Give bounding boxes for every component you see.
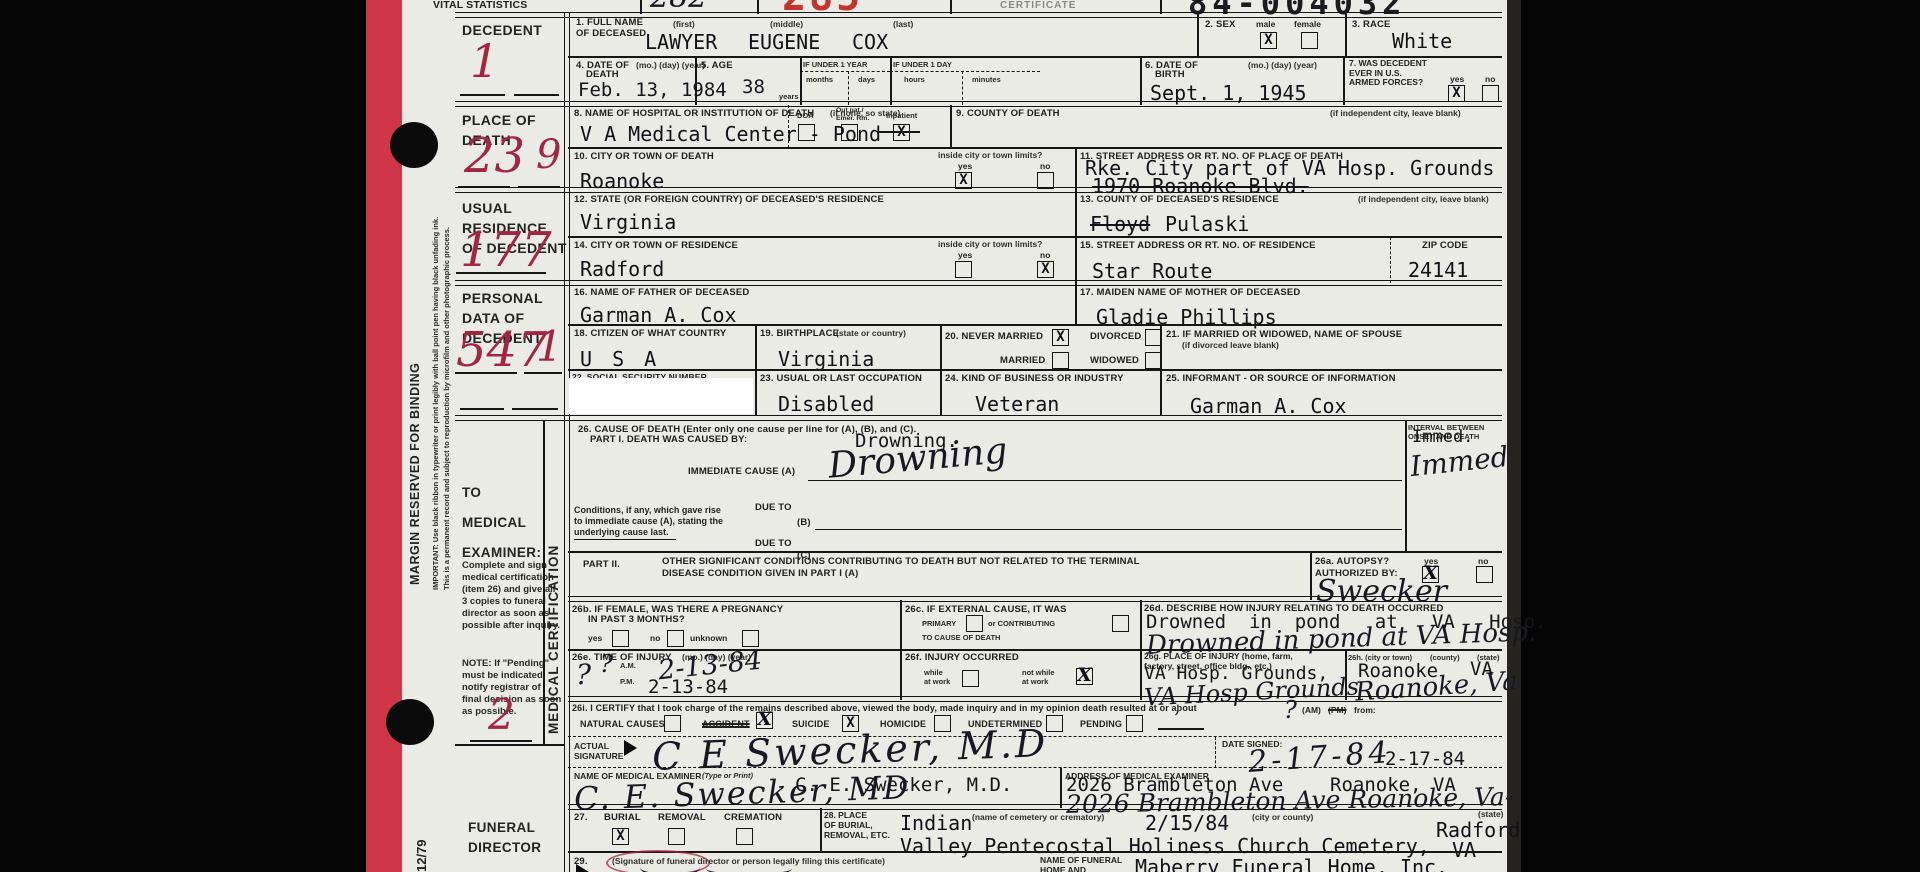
- divider: [890, 57, 892, 105]
- divider: [568, 767, 1502, 768]
- line-b-label: (B): [797, 517, 811, 528]
- divider: [455, 187, 1502, 193]
- first-name-value: LAWYER: [645, 30, 717, 54]
- divider: [470, 740, 532, 742]
- business-value: Veteran: [975, 392, 1059, 416]
- part-2-label: PART II.: [583, 559, 620, 570]
- checkbox-removal: [668, 828, 685, 845]
- field-6-label2: BIRTH: [1155, 69, 1185, 80]
- under-1-day-label: IF UNDER 1 DAY: [893, 60, 952, 69]
- divider: [820, 808, 822, 852]
- field-13-label: 13. COUNTY OF DECEASED'S RESIDENCE: [1080, 194, 1279, 205]
- divider: [1345, 650, 1347, 700]
- last-name-value: COX: [852, 30, 888, 54]
- injury-date-typed: 2-13-84: [648, 676, 728, 698]
- field-2-label: 2. SEX: [1205, 19, 1235, 30]
- divider: [524, 372, 562, 374]
- divider: [456, 272, 546, 274]
- months-label: months: [806, 75, 833, 84]
- redaction-box: [569, 378, 753, 414]
- checkbox-pending: [1126, 715, 1143, 732]
- checkbox-pregnancy-no: [667, 630, 684, 647]
- contributing-label: or CONTRIBUTING: [988, 619, 1055, 628]
- due-to-1-label: DUE TO: [755, 502, 792, 513]
- zip-label: ZIP CODE: [1422, 240, 1468, 251]
- divider: [1215, 737, 1216, 768]
- divider: [568, 804, 1502, 810]
- field-5-label: 5. AGE: [701, 60, 733, 71]
- widowed-label: WIDOWED: [1090, 355, 1139, 366]
- certify-from-label: from:: [1354, 705, 1376, 715]
- divider: [568, 324, 1502, 326]
- red-code-place-1: 23: [464, 128, 525, 184]
- not-while-at-work-label: not while at work: [1022, 668, 1055, 686]
- city-county-hint: (city or county): [1252, 812, 1313, 822]
- divider: [890, 71, 1040, 72]
- divider: [512, 408, 558, 410]
- manner-handwritten-mark: ’: [1174, 708, 1180, 729]
- field-26c-label: 26c. IF EXTERNAL CAUSE, IT WAS: [905, 604, 1067, 615]
- am-label: A.M.: [620, 661, 636, 670]
- cause-line-b: [815, 529, 1402, 530]
- checkbox-doa: [798, 124, 815, 141]
- funeral-director-signature-partial: [640, 858, 700, 872]
- checkbox-undetermined: [1046, 715, 1063, 732]
- funeral-director-signature-partial: [706, 860, 792, 872]
- checkbox-burial: X: [612, 828, 629, 845]
- doa-label: DOA: [797, 111, 814, 120]
- sex-male-label: male: [1256, 19, 1275, 29]
- while-at-work-label: while at work: [924, 668, 950, 686]
- checkbox-armed-forces-no: [1482, 85, 1499, 102]
- divider: [455, 280, 1502, 286]
- time-of-injury-question-2: ?: [600, 650, 613, 678]
- section-funeral-director: FUNERAL DIRECTOR: [468, 818, 541, 858]
- field-25-label: 25. INFORMANT - OR SOURCE OF INFORMATION: [1166, 373, 1396, 384]
- field-8-label: 8. NAME OF HOSPITAL OR INSTITUTION OF DE…: [574, 108, 814, 119]
- red-code-personal-2: 1: [536, 322, 563, 371]
- section-to-medical-examiner: TO MEDICAL EXAMINER:: [462, 478, 541, 568]
- burial-label: BURIAL: [604, 812, 641, 823]
- middle-name-value: EUGENE: [748, 30, 820, 54]
- field-17-label: 17. MAIDEN NAME OF MOTHER OF DECEASED: [1080, 287, 1300, 298]
- residence-state-value: Virginia: [580, 210, 676, 234]
- checkbox-sex-female: [1301, 32, 1318, 49]
- divider: [455, 101, 1502, 107]
- manner-blank-line: [1158, 728, 1204, 730]
- divider: [1390, 237, 1391, 283]
- time-of-injury-question-1: ?: [576, 658, 591, 691]
- burial-state-value: VA: [1452, 838, 1476, 862]
- field-26f-label: 26f. INJURY OCCURRED: [905, 652, 1019, 663]
- under-1-year-label: IF UNDER 1 YEAR: [803, 60, 867, 69]
- divider: [568, 236, 1502, 238]
- certify-statement: 26i. I CERTIFY that I took charge of the…: [572, 703, 1197, 713]
- limits-residence-label: inside city or town limits?: [938, 239, 1042, 249]
- due-to-2-label: DUE TO: [755, 538, 792, 549]
- divider: [455, 744, 565, 746]
- checkbox-while-at-work: [962, 670, 979, 687]
- residence-city-value: Radford: [580, 257, 664, 281]
- conditions-underline: [574, 539, 676, 540]
- field-23-label: 23. USUAL OR LAST OCCUPATION: [760, 373, 922, 384]
- divider: [568, 369, 1502, 371]
- pregnancy-yes-label: yes: [588, 633, 602, 643]
- certify-time-handwritten: ?: [1284, 696, 1297, 724]
- red-code-examiner: 2: [488, 690, 515, 739]
- inpatient-label: Inpatient: [886, 111, 917, 120]
- divider: [695, 57, 697, 105]
- autopsy-no-label: no: [1478, 556, 1488, 566]
- occupation-value: Disabled: [778, 392, 874, 416]
- race-value: White: [1392, 29, 1452, 53]
- suicide-label: SUICIDE: [792, 719, 830, 729]
- removal-label: REMOVAL: [658, 812, 706, 823]
- margin-binding-note: MARGIN RESERVED FOR BINDING: [408, 285, 422, 585]
- field-1-label: 1. FULL NAME OF DECEASED: [576, 17, 646, 39]
- field-26b-label2: IN PAST 3 MONTHS?: [588, 614, 685, 625]
- armed-forces-yes-label: yes: [1450, 74, 1464, 84]
- field-16-label: 16. NAME OF FATHER OF DECEASED: [574, 287, 749, 298]
- certify-pm-label-struck: (PM): [1328, 705, 1346, 715]
- divider: [962, 71, 963, 105]
- autopsy-authorized-signature: Swecker: [1316, 574, 1447, 609]
- minutes-label: minutes: [972, 75, 1001, 84]
- divider: [1405, 420, 1407, 552]
- inpatient-strike-line: [878, 131, 920, 133]
- limits-residence-yes-label: yes: [958, 250, 972, 260]
- divider: [788, 105, 789, 148]
- field-21-label: 21. IF MARRIED OR WIDOWED, NAME OF SPOUS…: [1166, 329, 1402, 340]
- cause-line-a: [808, 480, 1402, 481]
- burial-place-line-1: Indian: [900, 811, 972, 835]
- divider: [1140, 57, 1142, 105]
- outpatient-label: Out pat./ Emer. Rm.: [836, 107, 869, 122]
- divider: [543, 420, 545, 745]
- birthplace-value: Virginia: [778, 347, 874, 371]
- pending-label: PENDING: [1080, 719, 1122, 729]
- divider: [568, 851, 1502, 853]
- residence-county-value: Pulaski: [1165, 212, 1249, 236]
- pregnancy-unknown-label: unknown: [690, 633, 727, 643]
- field-1-last-hint: (last): [893, 19, 913, 29]
- field-13-hint: (if independent city, leave blank): [1358, 194, 1489, 204]
- checkbox-autopsy-no: [1476, 566, 1493, 583]
- checkbox-married: [1052, 352, 1069, 369]
- divider: [564, 12, 570, 872]
- residence-county-struck: Floyd: [1090, 212, 1150, 236]
- divider: [1343, 57, 1345, 105]
- checkbox-outpatient: [841, 124, 858, 141]
- field-6-units: (mo.) (day) (year): [1248, 60, 1317, 70]
- to-cause-label: TO CAUSE OF DEATH: [922, 633, 1000, 642]
- divider: [848, 71, 849, 105]
- divider: [568, 696, 1502, 702]
- divider: [800, 57, 802, 105]
- checkbox-pregnancy-yes: [612, 630, 629, 647]
- divider: [1345, 14, 1347, 57]
- checkbox-sex-male: X: [1260, 32, 1277, 49]
- age-value: 38: [742, 76, 765, 98]
- divider: [460, 94, 505, 96]
- accident-label-struck: ACCIDENT: [702, 719, 750, 729]
- margin-permanent-note: This is a permanent record and subject t…: [442, 160, 451, 590]
- field-9-label: 9. COUNTY OF DEATH: [956, 108, 1060, 119]
- divider: [800, 71, 890, 72]
- primary-label: PRIMARY: [922, 619, 956, 628]
- field-14-label: 14. CITY OR TOWN OF RESIDENCE: [574, 240, 738, 251]
- limits-residence-no-label: no: [1040, 250, 1050, 260]
- immediate-cause-label: IMMEDIATE CAUSE (A): [688, 466, 795, 477]
- divider: [568, 147, 1502, 149]
- divider: [514, 94, 559, 96]
- funeral-home-label: NAME OF FUNERAL HOME AND: [1040, 855, 1122, 872]
- conditions-note: Conditions, if any, which gave rise to i…: [574, 505, 723, 538]
- field-21-hint: (if divorced leave blank): [1182, 340, 1279, 350]
- cremation-label: CREMATION: [724, 812, 782, 823]
- divider: [1197, 14, 1199, 57]
- field-19-hint: (state or country): [836, 328, 906, 338]
- checkbox-natural-causes: [664, 715, 681, 732]
- cemetery-hint: (name of cemetery or crematory): [972, 812, 1104, 822]
- certify-am-label: (AM): [1302, 705, 1321, 715]
- pregnancy-no-label: no: [650, 633, 660, 643]
- divider: [455, 415, 1502, 421]
- checkbox-primary: [966, 615, 983, 632]
- field-7-label: 7. WAS DECEDENT EVER IN U.S. ARMED FORCE…: [1349, 59, 1427, 88]
- burial-date-value: 2/15/84: [1145, 811, 1229, 835]
- armed-forces-no-label: no: [1485, 74, 1495, 84]
- divider: [460, 408, 504, 410]
- margin-important-note: IMPORTANT: Use black ribbon in typewrite…: [431, 160, 440, 590]
- checkbox-accident-scribbled: X: [756, 712, 773, 729]
- field-18-label: 18. CITIZEN OF WHAT COUNTRY: [574, 328, 726, 339]
- age-years-label: years: [779, 92, 799, 101]
- red-code-residence: 177: [460, 222, 552, 278]
- vital-statistics-label: VITAL STATISTICS: [433, 0, 527, 11]
- limits-death-no-label: no: [1040, 161, 1050, 171]
- part-2-text-1: OTHER SIGNIFICANT CONDITIONS CONTRIBUTIN…: [662, 556, 1140, 567]
- field-15-label: 15. STREET ADDRESS OR RT. NO. OF RESIDEN…: [1080, 240, 1316, 251]
- actual-signature-label: ACTUAL SIGNATURE: [574, 741, 623, 761]
- field-28-label: 28. PLACE OF BURIAL, REMOVAL, ETC.: [824, 810, 890, 840]
- sex-female-label: female: [1294, 19, 1321, 29]
- checkbox-contributing: [1112, 615, 1129, 632]
- divider: [455, 372, 517, 374]
- days-label: days: [858, 75, 875, 84]
- certificate-word: CERTIFICATE: [1000, 0, 1076, 11]
- hole-punch: [386, 699, 434, 745]
- citizen-value: U S A: [580, 347, 660, 371]
- divorced-label: DIVORCED: [1090, 331, 1141, 342]
- limits-death-yes-label: yes: [958, 161, 972, 171]
- limits-death-label: inside city or town limits?: [938, 150, 1042, 160]
- divider: [568, 551, 1502, 553]
- divider: [950, 105, 952, 148]
- signature-arrow-icon: [624, 740, 637, 756]
- zip-value: 24141: [1408, 258, 1468, 282]
- pm-label: P.M.: [620, 677, 634, 686]
- burial-city-value: Radford: [1436, 818, 1520, 842]
- natural-causes-label: NATURAL CAUSES: [580, 719, 665, 729]
- divider: [1310, 552, 1312, 600]
- checkbox-limits-residence-yes: [955, 261, 972, 278]
- field-9-hint: (if independent city, leave blank): [1330, 108, 1461, 118]
- divider: [1060, 768, 1062, 808]
- checkbox-not-while-at-work: X: [1076, 668, 1093, 685]
- part-2-text-2: DISEASE CONDITION GIVEN IN PART I (A): [662, 568, 858, 579]
- red-code-place-2: 9: [536, 132, 561, 178]
- field-27-label: 27.: [574, 812, 588, 823]
- hours-label: hours: [904, 75, 925, 84]
- red-code-decedent: 1: [470, 34, 499, 88]
- checkbox-cremation: [736, 828, 753, 845]
- form-number: 12/79: [414, 824, 429, 872]
- married-label: MARRIED: [1000, 355, 1045, 366]
- autopsy-label: 26a. AUTOPSY?: [1315, 556, 1389, 567]
- never-married-label: 20. NEVER MARRIED: [945, 331, 1043, 342]
- field-19-label: 19. BIRTHPLACE: [760, 328, 839, 339]
- part-1-label: PART I. DEATH WAS CAUSED BY:: [590, 434, 747, 445]
- field-3-label: 3. RACE: [1352, 19, 1391, 30]
- field-12-label: 12. STATE (OR FOREIGN COUNTRY) OF DECEAS…: [574, 194, 884, 205]
- field-1-first-hint: (first): [673, 19, 695, 29]
- field-1-middle-hint: (middle): [770, 19, 803, 29]
- date-of-death-value: Feb. 13, 1984: [578, 79, 727, 101]
- section-medical-certification: MEDICAL CERTIFICATION: [546, 428, 561, 734]
- scanned-death-certificate: MARGIN RESERVED FOR BINDING IMPORTANT: U…: [0, 0, 1920, 872]
- hospital-value: V A Medical Center - Pond: [580, 122, 881, 146]
- checkbox-armed-forces-yes: X: [1448, 85, 1465, 102]
- signature-arrow-icon: [576, 864, 589, 872]
- field-10-label: 10. CITY OR TOWN OF DEATH: [574, 151, 714, 162]
- checkbox-limits-residence-no: X: [1037, 261, 1054, 278]
- scan-edge-shadow: [1507, 0, 1521, 872]
- funeral-home-value: Maberry Funeral Home, Inc.: [1135, 855, 1448, 872]
- red-code-personal-1: 547: [456, 322, 548, 378]
- checkbox-never-married: X: [1052, 329, 1069, 346]
- field-24-label: 24. KIND OF BUSINESS OR INDUSTRY: [945, 373, 1124, 384]
